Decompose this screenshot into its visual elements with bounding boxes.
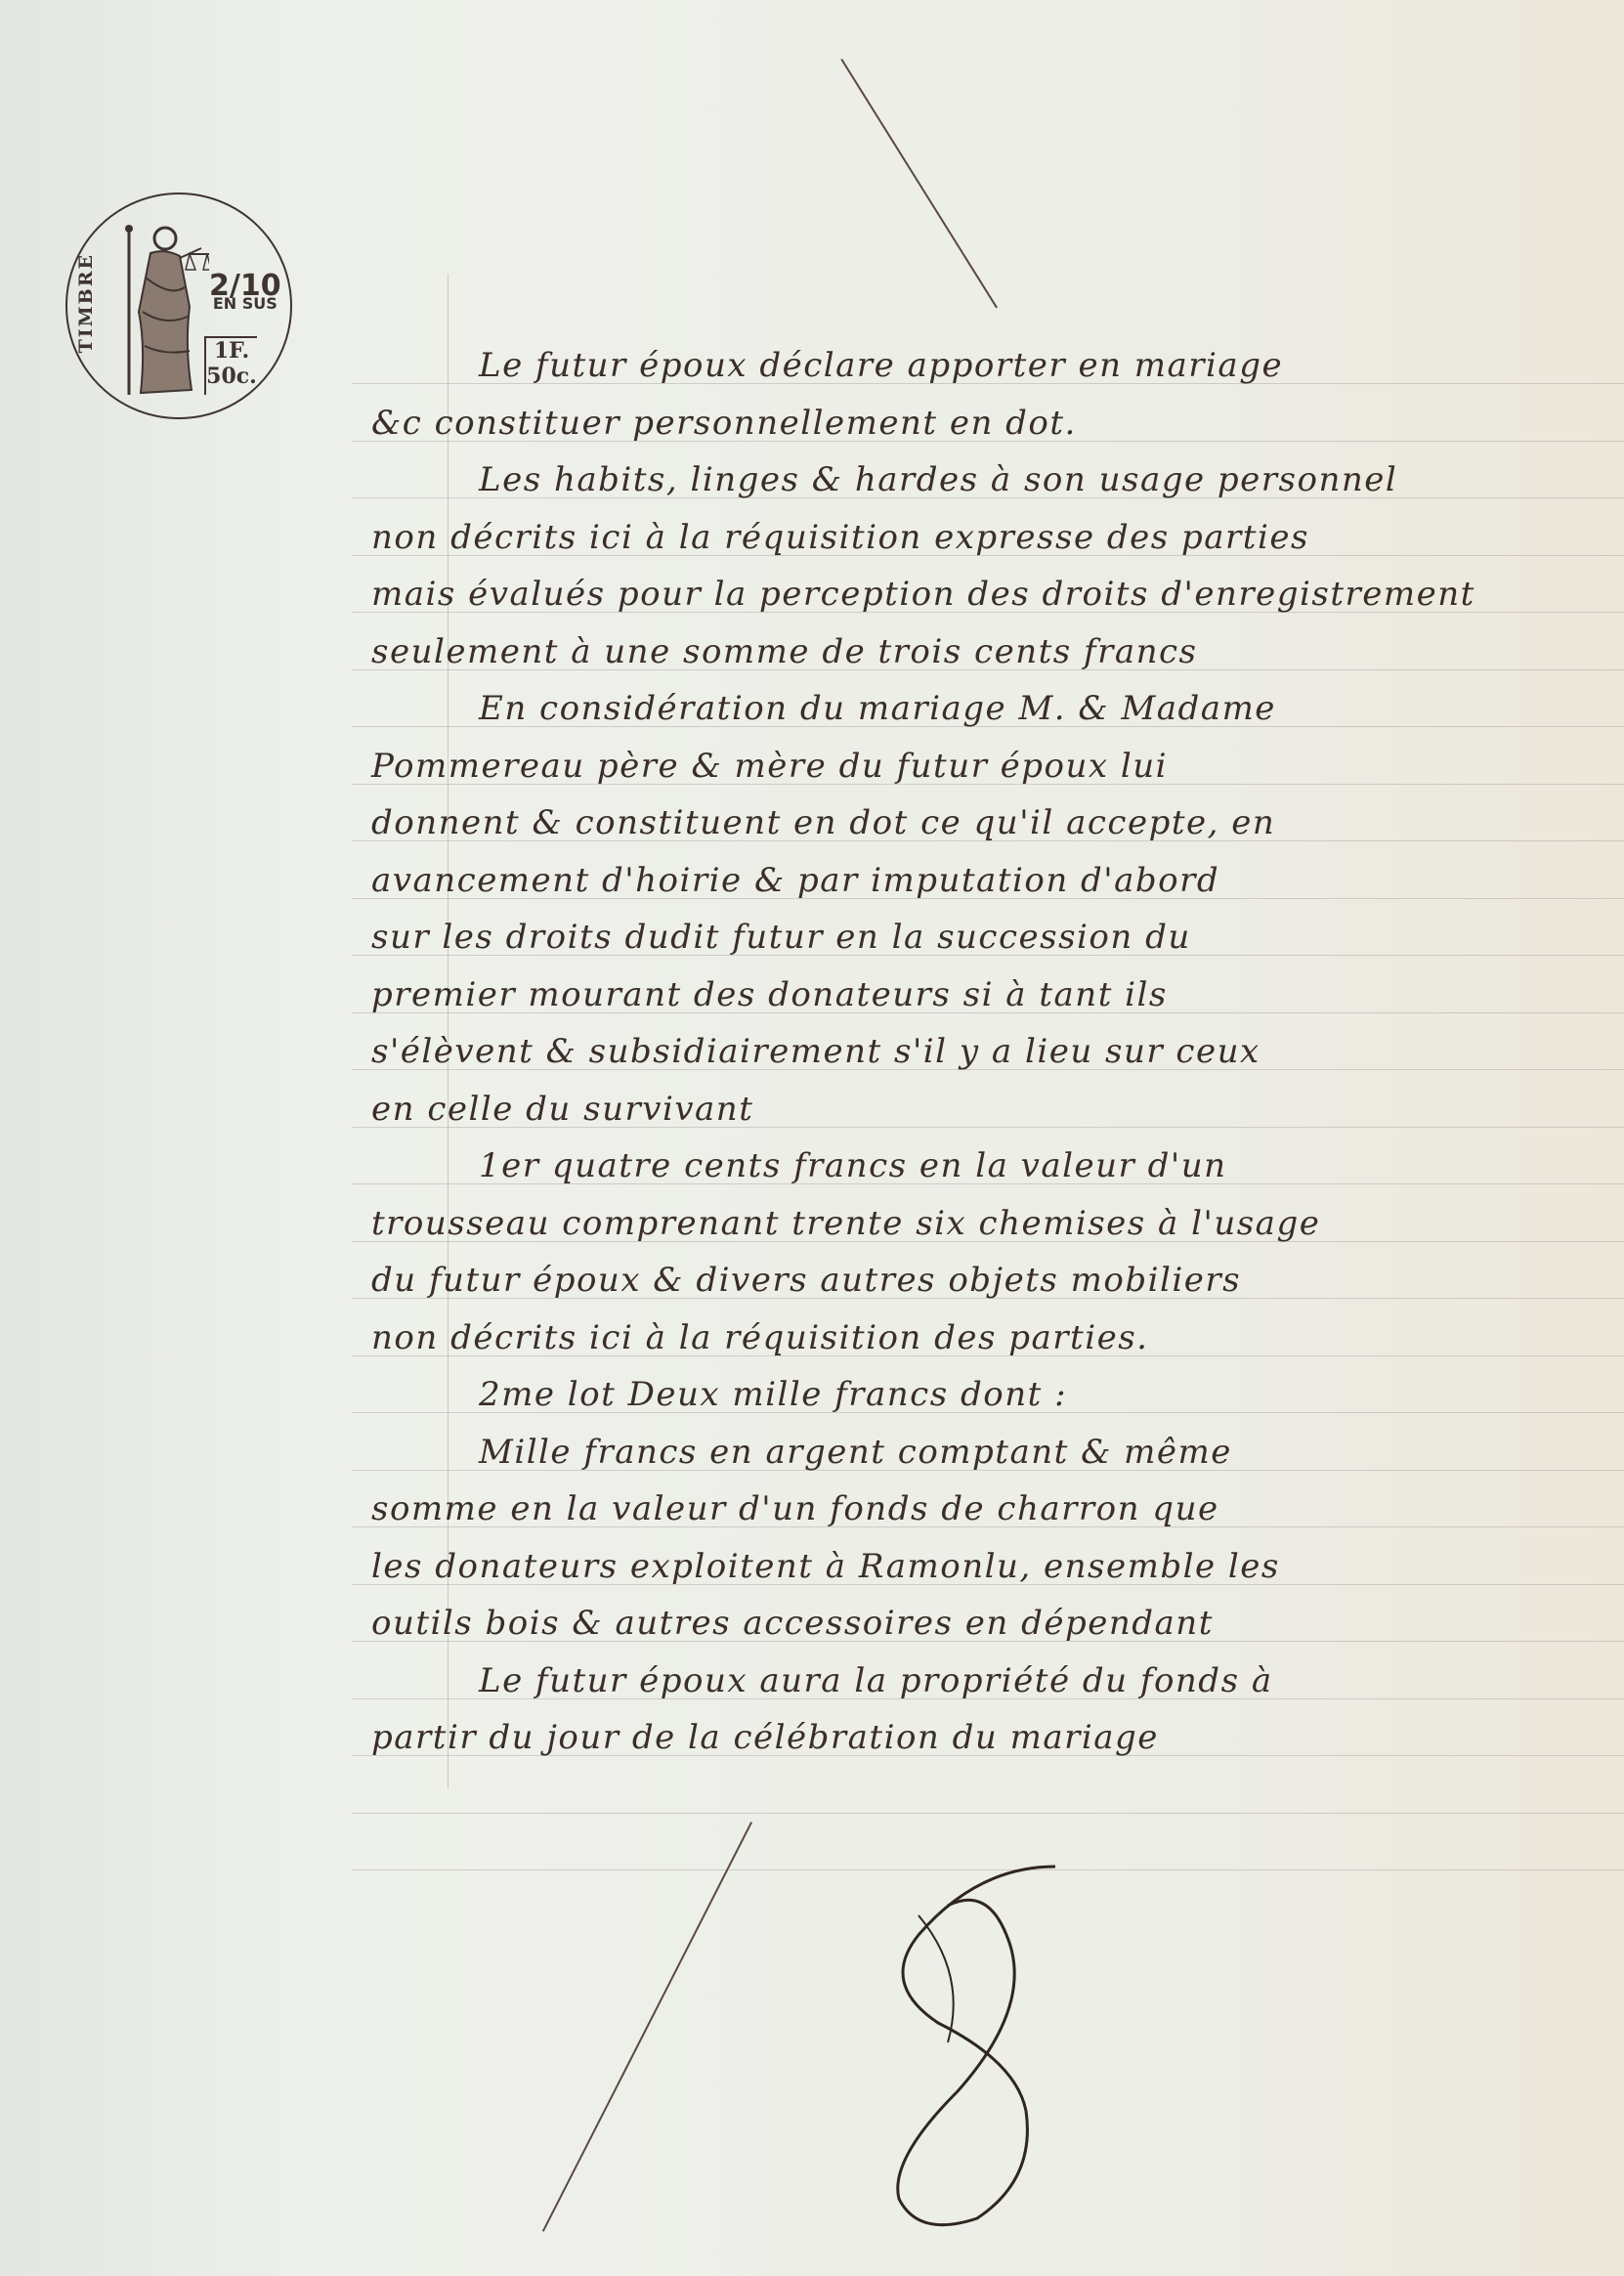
text-line: somme en la valeur d'un fonds de charron… [371, 1481, 1612, 1538]
text-line: &c constituer personnellement en dot. [371, 395, 1612, 452]
text-line: les donateurs exploitent à Ramonlu, ense… [371, 1538, 1612, 1596]
text-line: non décrits ici à la réquisition des par… [371, 1310, 1612, 1367]
text-line: partir du jour de la célébration du mari… [371, 1709, 1612, 1767]
text-line: s'élèvent & subsidiairement s'il y a lie… [371, 1023, 1612, 1081]
text-line: Pommereau père & mère du futur époux lui [371, 738, 1612, 795]
text-line: trousseau comprenant trente six chemises… [371, 1195, 1612, 1253]
text-line: 1er quatre cents francs en la valeur d'u… [371, 1138, 1612, 1195]
paraph-signature-icon [860, 1847, 1114, 2238]
justice-figure-icon [121, 219, 209, 400]
text-line: mais évalués pour la perception des droi… [371, 566, 1612, 623]
text-line: non décrits ici à la réquisition express… [371, 509, 1612, 567]
handwritten-text: Le futur époux déclare apporter en maria… [371, 337, 1612, 1767]
text-line: premier mourant des donateurs si à tant … [371, 966, 1612, 1024]
text-line: En considération du mariage M. & Madame [371, 680, 1612, 738]
text-line: en celle du survivant [371, 1081, 1612, 1138]
text-line: avancement d'hoirie & par imputation d'a… [371, 852, 1612, 910]
text-line: sur les droits dudit futur en la success… [371, 909, 1612, 966]
stamp-label: TIMBRE [75, 253, 103, 353]
text-line: seulement à une somme de trois cents fra… [371, 623, 1612, 681]
text-line: Le futur époux aura la propriété du fond… [371, 1653, 1612, 1710]
surcharge-text: 2/10 EN SUS [209, 278, 281, 313]
text-line: 2me lot Deux mille francs dont : [371, 1366, 1612, 1424]
text-line: du futur époux & divers autres objets mo… [371, 1252, 1612, 1310]
fiscal-stamp: TIMBRE 2/10 EN SUS 1F. 50c. [65, 193, 292, 419]
diagonal-strike-top [841, 59, 998, 308]
text-line: Mille francs en argent comptant & même [371, 1424, 1612, 1482]
text-line: donnent & constituent en dot ce qu'il ac… [371, 794, 1612, 852]
ruled-line [352, 1813, 1624, 1814]
stamp-value: 1F. 50c. [204, 336, 257, 395]
diagonal-strike-bottom [542, 1822, 752, 2231]
text-line: outils bois & autres accessoires en dépe… [371, 1595, 1612, 1653]
text-line: Les habits, linges & hardes à son usage … [371, 451, 1612, 509]
document-page: TIMBRE 2/10 EN SUS 1F. 50c. Le futur épo… [0, 0, 1624, 2276]
text-line: Le futur époux déclare apporter en maria… [371, 337, 1612, 395]
